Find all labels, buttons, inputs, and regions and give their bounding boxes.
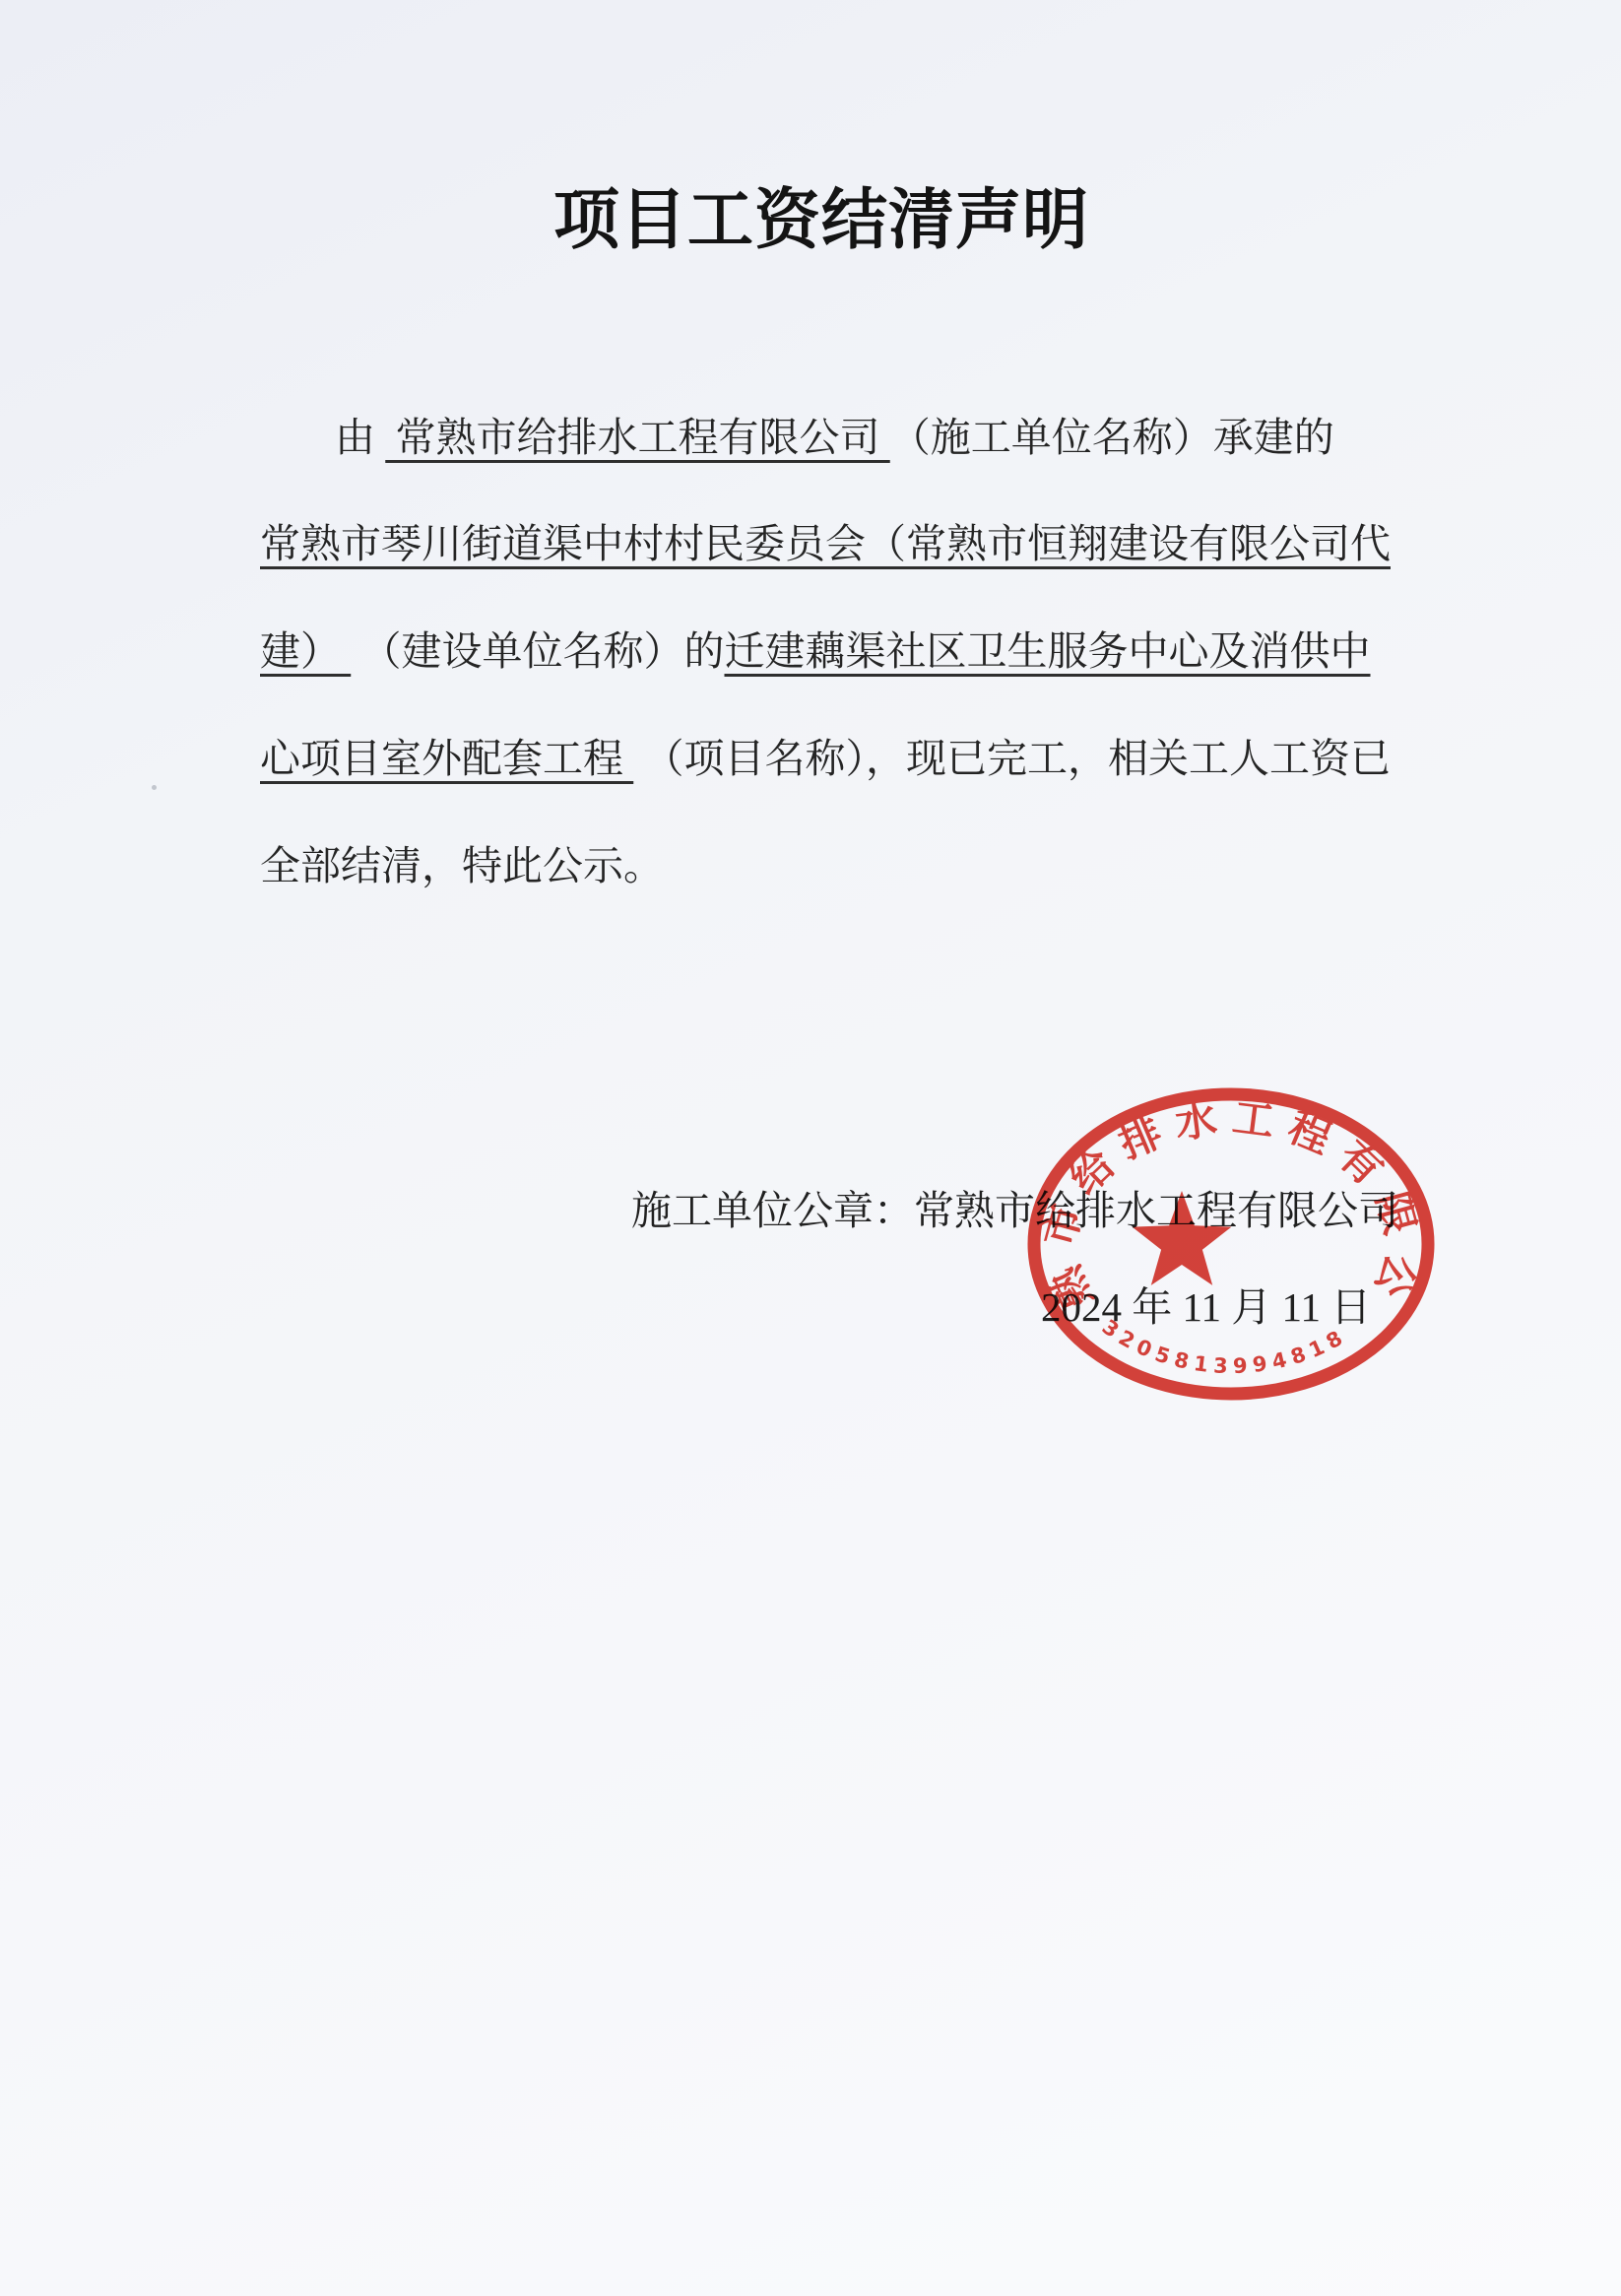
scanned-document-page: 项目工资结清声明 由 常熟市给排水工程有限公司 （施工单位名称）承建的 常熟市琴… (0, 0, 1621, 2296)
underlined-owner-name: 常熟市琴川街道渠中村村民委员会（常熟市恒翔建设有限公司代 (260, 521, 1391, 566)
body-line-2: 常熟市琴川街道渠中村村民委员会（常熟市恒翔建设有限公司代 (260, 518, 1432, 569)
underlined-contractor-name: 常熟市给排水工程有限公司 (385, 415, 890, 460)
text-segment: （施工单位名称）承建的 (890, 415, 1334, 460)
body-line-1: 由 常熟市给排水工程有限公司 （施工单位名称）承建的 (260, 412, 1507, 463)
underlined-project-name-cont: 心项目室外配套工程 (260, 736, 633, 781)
body-line-4: 心项目室外配套工程 （项目名称），现已完工，相关工人工资已 (260, 733, 1432, 784)
seal-ring-text-holder: 常熟市给排水工程有限公司 (1005, 1064, 1425, 1315)
seal-star-icon (1133, 1191, 1232, 1285)
seal-ring-text: 常熟市给排水工程有限公司 (1005, 1064, 1425, 1315)
document-title: 项目工资结清声明 (553, 167, 1089, 262)
underlined-project-name: 迁建藕渠社区卫生服务中心及消供中 (725, 628, 1371, 674)
text-segment: 由 (335, 415, 385, 460)
scan-dust-speck (152, 785, 157, 790)
text-segment: （项目名称），现已完工，相关工人工资已 (633, 736, 1391, 781)
text-segment: （建设单位名称）的 (351, 628, 724, 674)
body-line-3: 建） （建设单位名称）的迁建藕渠社区卫生服务中心及消供中 (260, 625, 1432, 677)
body-line-5: 全部结清，特此公示。 (260, 840, 1432, 891)
company-seal-stamp: 常熟市给排水工程有限公司 3205813994818 (1005, 1064, 1458, 1438)
text-segment: 全部结清，特此公示。 (260, 843, 664, 888)
underlined-owner-name-cont: 建） (260, 628, 351, 674)
